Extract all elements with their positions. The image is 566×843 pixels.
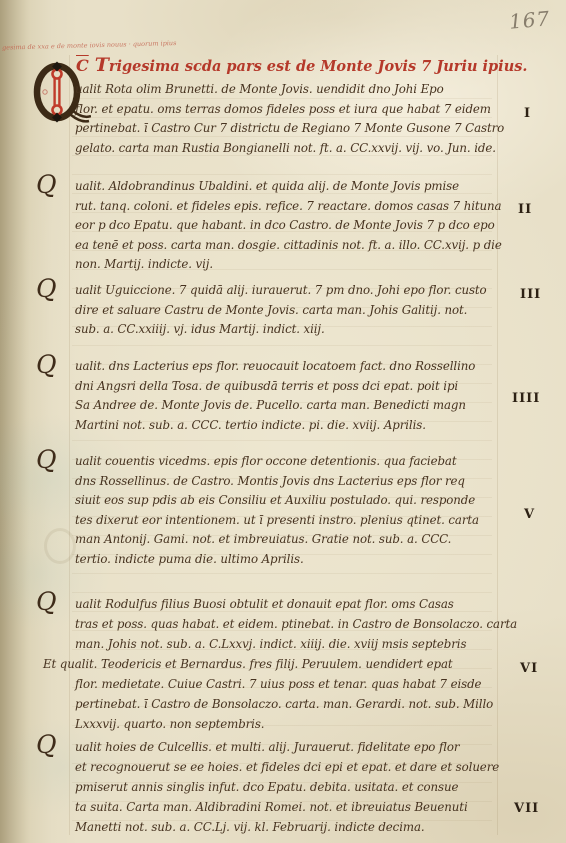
margin-numeral-1: I xyxy=(524,106,531,121)
parchment-stain xyxy=(44,528,76,564)
entry-line: flor. et epatu. oms terras domos fideles… xyxy=(75,100,499,120)
entry-initial: Q xyxy=(36,589,56,614)
entry-line: pertinebat. ī Castro Cur 7 districtu de … xyxy=(75,119,499,139)
margin-numeral-5: V xyxy=(524,507,535,522)
entry-line: eor p dco Epatu. que habant. in dco Cast… xyxy=(75,216,499,236)
entry-line: rut. tanq. coloni. et fideles epis. refi… xyxy=(75,197,499,217)
entry-line: siuit eos sup pdis ab eis Consiliu et Au… xyxy=(75,491,499,511)
register-entry-4: Q ualit. dns Lacterius eps flor. reuocau… xyxy=(75,357,499,435)
entry-line: et recognouerut se ee hoies. et fideles … xyxy=(75,757,499,777)
margin-numeral-7: VII xyxy=(514,801,539,816)
entry-line: ta suita. Carta man. Aldibradini Romei. … xyxy=(75,797,499,817)
entry-line: ualit Rota olim Brunetti. de Monte Jovis… xyxy=(75,80,499,100)
entry-line: ualit Rodulfus filius Buosi obtulit et d… xyxy=(75,594,499,614)
left-ruling-line xyxy=(69,55,70,835)
folio-number: 167 xyxy=(508,6,551,33)
register-entry-7: Q ualit hoies de Culcellis. et multi. al… xyxy=(75,737,499,837)
entry-line: ualit hoies de Culcellis. et multi. alij… xyxy=(75,737,499,757)
entry-line: pmiserut annis singlis infut. dco Epatu.… xyxy=(75,777,499,797)
entry-line: gelato. carta man Rustia Bongianelli not… xyxy=(75,139,499,159)
margin-numeral-2: II xyxy=(518,202,532,217)
entry-line: Lxxxvij. quarto. non septembris. xyxy=(75,714,499,734)
rubric-text: Trigesima scda pars est de Monte Jovis 7… xyxy=(95,54,528,76)
entry-line: sub. a. CC.xxiiij. vj. idus Martij. indi… xyxy=(75,320,499,340)
entry-initial: Q xyxy=(36,732,56,757)
entry-line: man. Johis not. sub. a. C.Lxxvj. indict.… xyxy=(75,634,499,654)
entry-line: dire et saluare Castru de Monte Jovis. c… xyxy=(75,301,499,321)
entry-line: dns Rossellinus. de Castro. Montis Jovis… xyxy=(75,472,499,492)
register-entry-2: Q ualit. Aldobrandinus Ubaldini. et quid… xyxy=(75,177,499,275)
entry-line: dni Angsri della Tosa. de quibusdā terri… xyxy=(75,377,499,397)
marginal-note: gesima de xxa e de monte iovis nouus · q… xyxy=(2,38,202,51)
entry-line: flor. medietate. Cuiue Castri. 7 uius po… xyxy=(75,674,499,694)
entry-initial: Q xyxy=(36,352,56,377)
entry-initial: Q xyxy=(36,447,56,472)
margin-numeral-3: III xyxy=(520,287,541,302)
manuscript-page: 167 gesima de xxa e de monte iovis nouus… xyxy=(0,0,566,843)
entry-line: tras et poss. quas habat. et eidem. ptin… xyxy=(75,614,499,634)
entry-line: tertio. indicte puma die. ultimo Aprilis… xyxy=(75,550,499,570)
entry-line: non. Martij. indicte. vij. xyxy=(75,255,499,275)
entry-line: ea tenē et poss. carta man. dosgie. citt… xyxy=(75,236,499,256)
entry-line: ualit couentis vicedms. epis flor occone… xyxy=(75,452,499,472)
register-entry-3: Q ualit Uguiccione. 7 quidā alij. iuraue… xyxy=(75,281,499,340)
entry-line: ualit. Aldobrandinus Ubaldini. et quida … xyxy=(75,177,499,197)
entry-line: Sa Andree de. Monte Jovis de. Pucello. c… xyxy=(75,396,499,416)
entry-line: Manetti not. sub. a. CC.Lj. vij. kl. Feb… xyxy=(75,817,499,837)
entry-line: Martini not. sub. a. CCC. tertio indicte… xyxy=(75,416,499,436)
entry-line: tes dixerut eor intentionem. ut ī presen… xyxy=(75,511,499,531)
margin-numeral-6: VI xyxy=(520,661,538,676)
register-entry-6: Q ualit Rodulfus filius Buosi obtulit et… xyxy=(75,594,499,734)
rubric-heading: CTrigesima scda pars est de Monte Jovis … xyxy=(76,54,527,76)
binding-gutter xyxy=(0,0,30,843)
entry-line: ualit Uguiccione. 7 quidā alij. iuraueru… xyxy=(75,281,499,301)
entry-line: pertinebat. ī Castro de Bonsolaczo. cart… xyxy=(75,694,499,714)
entry-line: Et qualit. Teodericis et Bernardus. fres… xyxy=(43,654,499,674)
entry-initial: Q xyxy=(36,276,56,301)
entry-initial: Q xyxy=(36,172,56,197)
entry-line: man Antonij. Gami. not. et imbreuiatus. … xyxy=(75,530,499,550)
margin-numeral-4: IIII xyxy=(512,391,540,406)
register-entry-1: ualit Rota olim Brunetti. de Monte Jovis… xyxy=(75,80,499,158)
register-entry-5: Q ualit couentis vicedms. epis flor occo… xyxy=(75,452,499,569)
entry-line: ualit. dns Lacterius eps flor. reuocauit… xyxy=(75,357,499,377)
